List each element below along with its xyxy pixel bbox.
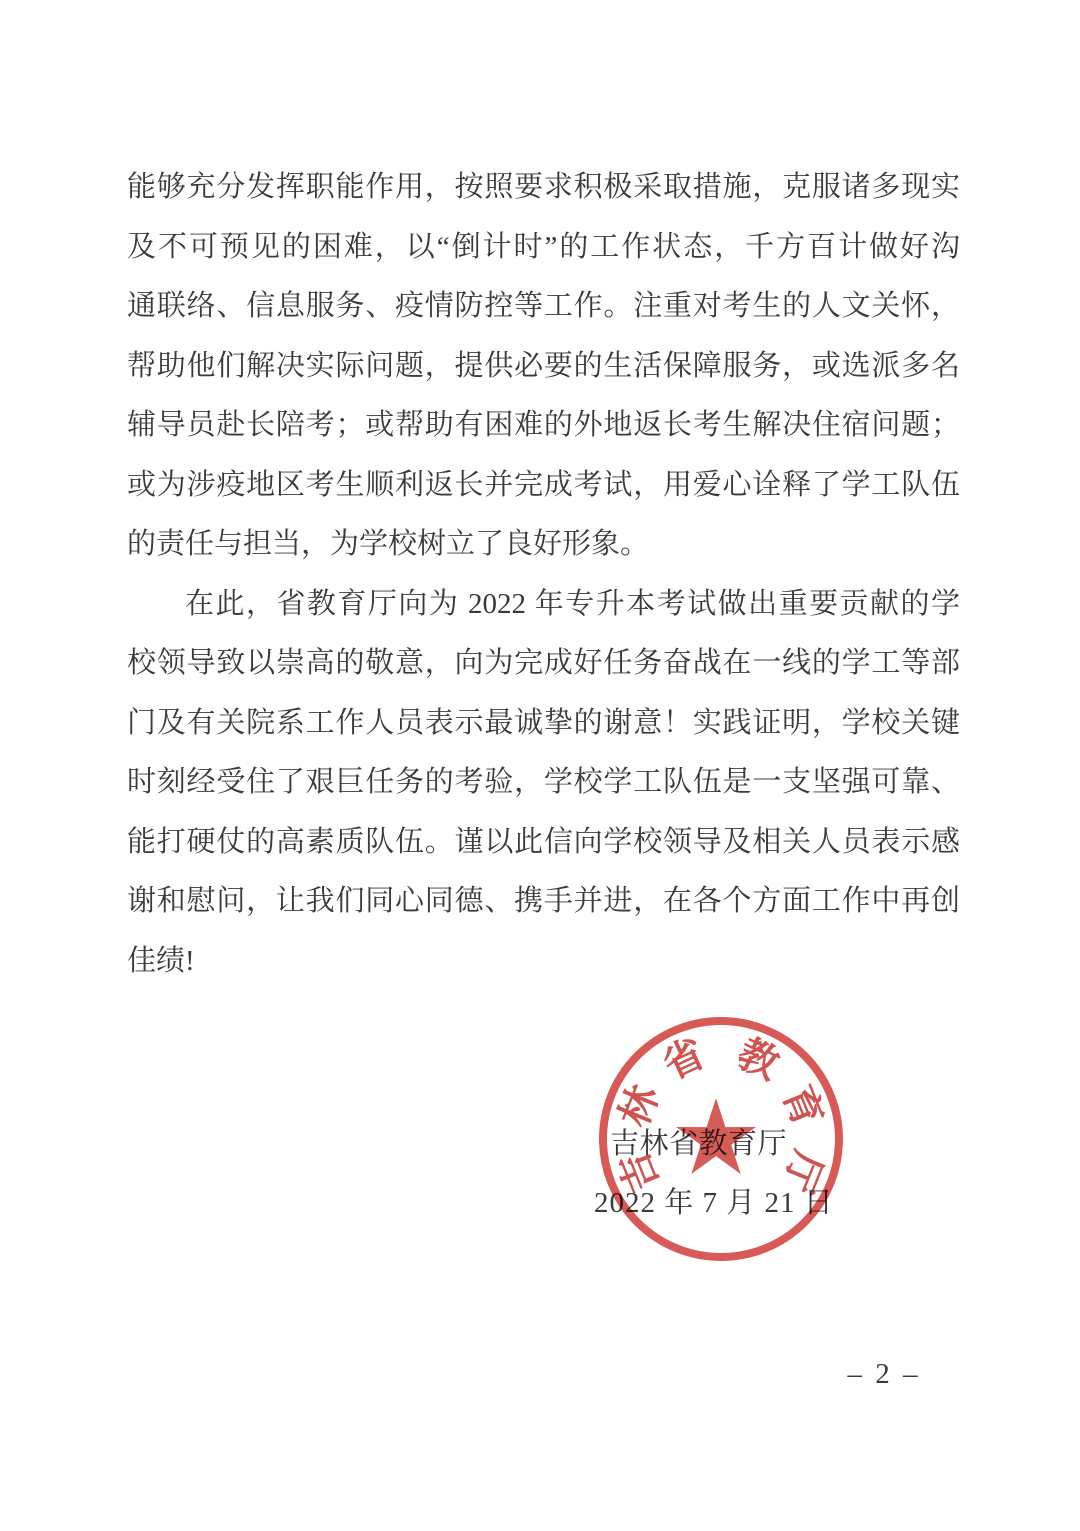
body-line: 在此，省教育厅向为 2022 年专升本考试做出重要贡献的学	[127, 575, 960, 635]
document-page: 能够充分发挥职能作用，按照要求积极采取措施，克服诸多现实 及不可预见的困难，以“…	[0, 0, 1080, 1531]
body-line: 及不可预见的困难，以“倒计时”的工作状态，千方百计做好沟	[127, 218, 960, 278]
body-line: 门及有关院系工作人员表示最诚挚的谢意！实践证明，学校关键	[127, 694, 960, 754]
body-line: 或为涉疫地区考生顺利返长并完成考试，用爱心诠释了学工队伍	[127, 456, 960, 516]
seal-character: 教	[731, 1030, 787, 1088]
page-number: – 2 –	[829, 1358, 939, 1391]
body-line: 能够充分发挥职能作用，按照要求积极采取措施，克服诸多现实	[127, 158, 960, 218]
body-line: 能打硬仗的高素质队伍。谨以此信向学校领导及相关人员表示感	[127, 813, 960, 873]
letter-body: 能够充分发挥职能作用，按照要求积极采取措施，克服诸多现实 及不可预见的困难，以“…	[127, 158, 960, 991]
body-line: 校领导致以崇高的敬意，向为完成好任务奋战在一线的学工等部	[127, 634, 960, 694]
body-line: 谢和慰问，让我们同心同德、携手并进，在各个方面工作中再创	[127, 872, 960, 932]
signature-organization: 吉林省教育厅	[610, 1121, 787, 1162]
body-line: 时刻经受住了艰巨任务的考验，学校学工队伍是一支坚强可靠、	[127, 753, 960, 813]
body-line: 通联络、信息服务、疫情防控等工作。注重对考生的人文关怀，	[127, 277, 960, 337]
seal-character: 省	[656, 1030, 711, 1088]
body-line: 的责任与担当，为学校树立了良好形象。	[127, 515, 960, 575]
body-line: 帮助他们解决实际问题，提供必要的生活保障服务，或选派多名	[127, 337, 960, 397]
body-line: 辅导员赴长陪考；或帮助有困难的外地返长考生解决住宿问题；	[127, 396, 960, 456]
signature-date: 2022 年 7 月 21 日	[594, 1180, 834, 1221]
body-line: 佳绩!	[127, 932, 960, 992]
